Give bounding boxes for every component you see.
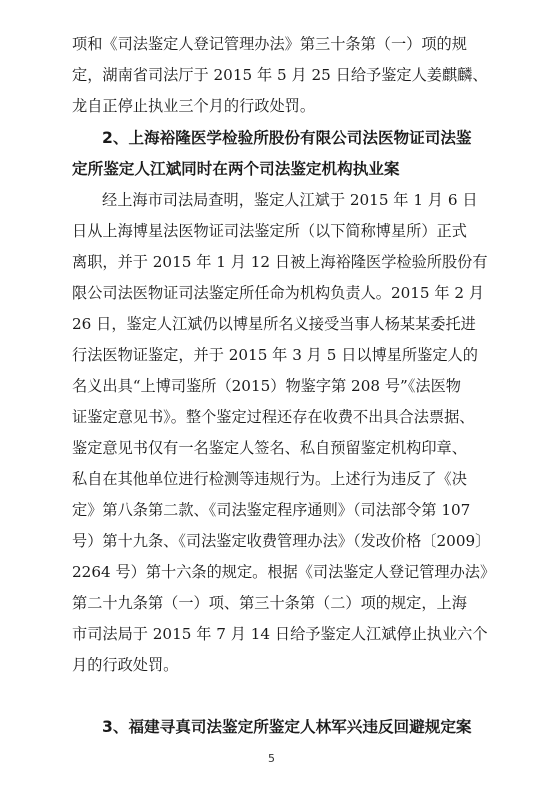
section-heading-3: 3、福建寻真司法鉴定所鉴定人林军兴违反回避规定案 xyxy=(102,712,450,743)
text-line: 私自在其他单位进行检测等违规行为。上述行为违反了《决 xyxy=(72,464,450,495)
text-line: 证鉴定意见书》。整个鉴定过程还存在收费不出具合法票据、 xyxy=(72,402,450,433)
text-line: 2264 号）第十六条的规定。根据《司法鉴定人登记管理办法》 xyxy=(72,557,450,588)
text-line: 名义出具“上博司鉴所（2015）物鉴字第 208 号”《法医物 xyxy=(72,371,450,402)
text-line: 号）第十九条、《司法鉴定收费管理办法》（发改价格〔2009〕 xyxy=(72,526,450,557)
text-line: 第二十九条第（一）项、第三十条第（二）项的规定，上海 xyxy=(72,588,450,619)
text-line: 离职，并于 2015 年 1 月 12 日被上海裕隆医学检验所股份有 xyxy=(72,247,450,278)
text-line: 市司法局于 2015 年 7 月 14 日给予鉴定人江斌停止执业六个 xyxy=(72,619,450,650)
text-line: 月的行政处罚。 xyxy=(72,650,450,681)
text-line: 项和《司法鉴定人登记管理办法》第三十条第（一）项的规 xyxy=(72,29,450,60)
text-line: 限公司法医物证司法鉴定所任命为机构负责人。2015 年 2 月 xyxy=(72,278,450,309)
text-line: 定，湖南省司法厅于 2015 年 5 月 25 日给予鉴定人姜麒麟、 xyxy=(72,60,450,91)
text-line: 龙自正停止执业三个月的行政处罚。 xyxy=(72,91,450,122)
text-line: 定》第八条第二款、《司法鉴定程序通则》（司法部令第 107 xyxy=(72,495,450,526)
section-heading-2-continued: 定所鉴定人江斌同时在两个司法鉴定机构执业案 xyxy=(72,154,450,185)
text-line: 经上海市司法局查明，鉴定人江斌于 2015 年 1 月 6 日 xyxy=(102,185,450,216)
text-line: 鉴定意见书仅有一名鉴定人签名、私自预留鉴定机构印章、 xyxy=(72,433,450,464)
text-line: 26 日，鉴定人江斌仍以博星所名义接受当事人杨某某委托进 xyxy=(72,309,450,340)
text-line: 行法医物证鉴定，并于 2015 年 3 月 5 日以博星所鉴定人的 xyxy=(72,340,450,371)
text-line: 日从上海博星法医物证司法鉴定所（以下简称博星所）正式 xyxy=(72,216,450,247)
document-page: 项和《司法鉴定人登记管理办法》第三十条第（一）项的规 定，湖南省司法厅于 201… xyxy=(0,0,543,795)
page-number: 5 xyxy=(0,752,543,765)
section-heading-2: 2、上海裕隆医学检验所股份有限公司法医物证司法鉴 xyxy=(102,123,450,154)
